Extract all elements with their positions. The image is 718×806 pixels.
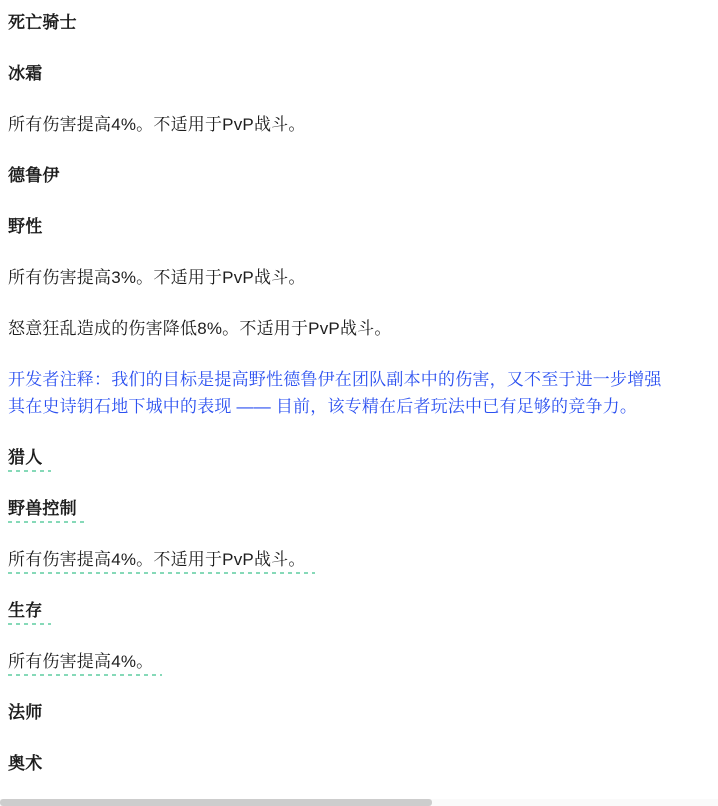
feral-damage-note: 所有伤害提高3%。不适用于PvP战斗。	[8, 264, 708, 291]
feral-ability-damage-note-text: 怒意狂乱造成的伤害降低8%。不适用于PvP战斗。	[8, 319, 392, 338]
frost-heading-text: 冰霜	[8, 64, 42, 83]
patch-notes-page: 死亡骑士冰霜所有伤害提高4%。不适用于PvP战斗。德鲁伊野性所有伤害提高3%。不…	[0, 0, 718, 806]
feral-developer-note-text: 开发者注释：我们的目标是提高野性德鲁伊在团队副本中的伤害，又不至于进一步增强其在…	[8, 370, 662, 416]
mage-heading-text: 法师	[8, 703, 42, 722]
druid-heading: 德鲁伊	[8, 162, 708, 189]
feral-ability-damage-note: 怒意狂乱造成的伤害降低8%。不适用于PvP战斗。	[8, 315, 708, 342]
druid-heading-text: 德鲁伊	[8, 166, 60, 185]
beast-mastery-heading-text: 野兽控制	[8, 499, 86, 523]
arcane-heading: 奥术	[8, 750, 708, 777]
beast-mastery-heading: 野兽控制	[8, 495, 708, 522]
frost-damage-note-text: 所有伤害提高4%。不适用于PvP战斗。	[8, 115, 306, 134]
feral-heading-text: 野性	[8, 217, 42, 236]
death-knight-heading: 死亡骑士	[8, 9, 708, 36]
frost-damage-note: 所有伤害提高4%。不适用于PvP战斗。	[8, 111, 708, 138]
hunter-heading-text: 猎人	[8, 448, 51, 472]
frost-heading: 冰霜	[8, 60, 708, 87]
death-knight-heading-text: 死亡骑士	[8, 13, 77, 32]
feral-developer-note: 开发者注释：我们的目标是提高野性德鲁伊在团队副本中的伤害，又不至于进一步增强其在…	[8, 366, 666, 420]
feral-damage-note-text: 所有伤害提高3%。不适用于PvP战斗。	[8, 268, 306, 287]
survival-heading: 生存	[8, 597, 708, 624]
survival-damage-note-text: 所有伤害提高4%。	[8, 652, 162, 676]
patch-notes-content: 死亡骑士冰霜所有伤害提高4%。不适用于PvP战斗。德鲁伊野性所有伤害提高3%。不…	[8, 9, 708, 777]
survival-damage-note: 所有伤害提高4%。	[8, 648, 708, 675]
horizontal-scrollbar-track[interactable]	[0, 799, 718, 806]
beast-mastery-damage-note-text: 所有伤害提高4%。不适用于PvP战斗。	[8, 550, 315, 574]
survival-heading-text: 生存	[8, 601, 51, 625]
feral-heading: 野性	[8, 213, 708, 240]
mage-heading: 法师	[8, 699, 708, 726]
horizontal-scrollbar-thumb[interactable]	[0, 799, 432, 806]
hunter-heading: 猎人	[8, 444, 708, 471]
arcane-heading-text: 奥术	[8, 754, 42, 773]
beast-mastery-damage-note: 所有伤害提高4%。不适用于PvP战斗。	[8, 546, 708, 573]
